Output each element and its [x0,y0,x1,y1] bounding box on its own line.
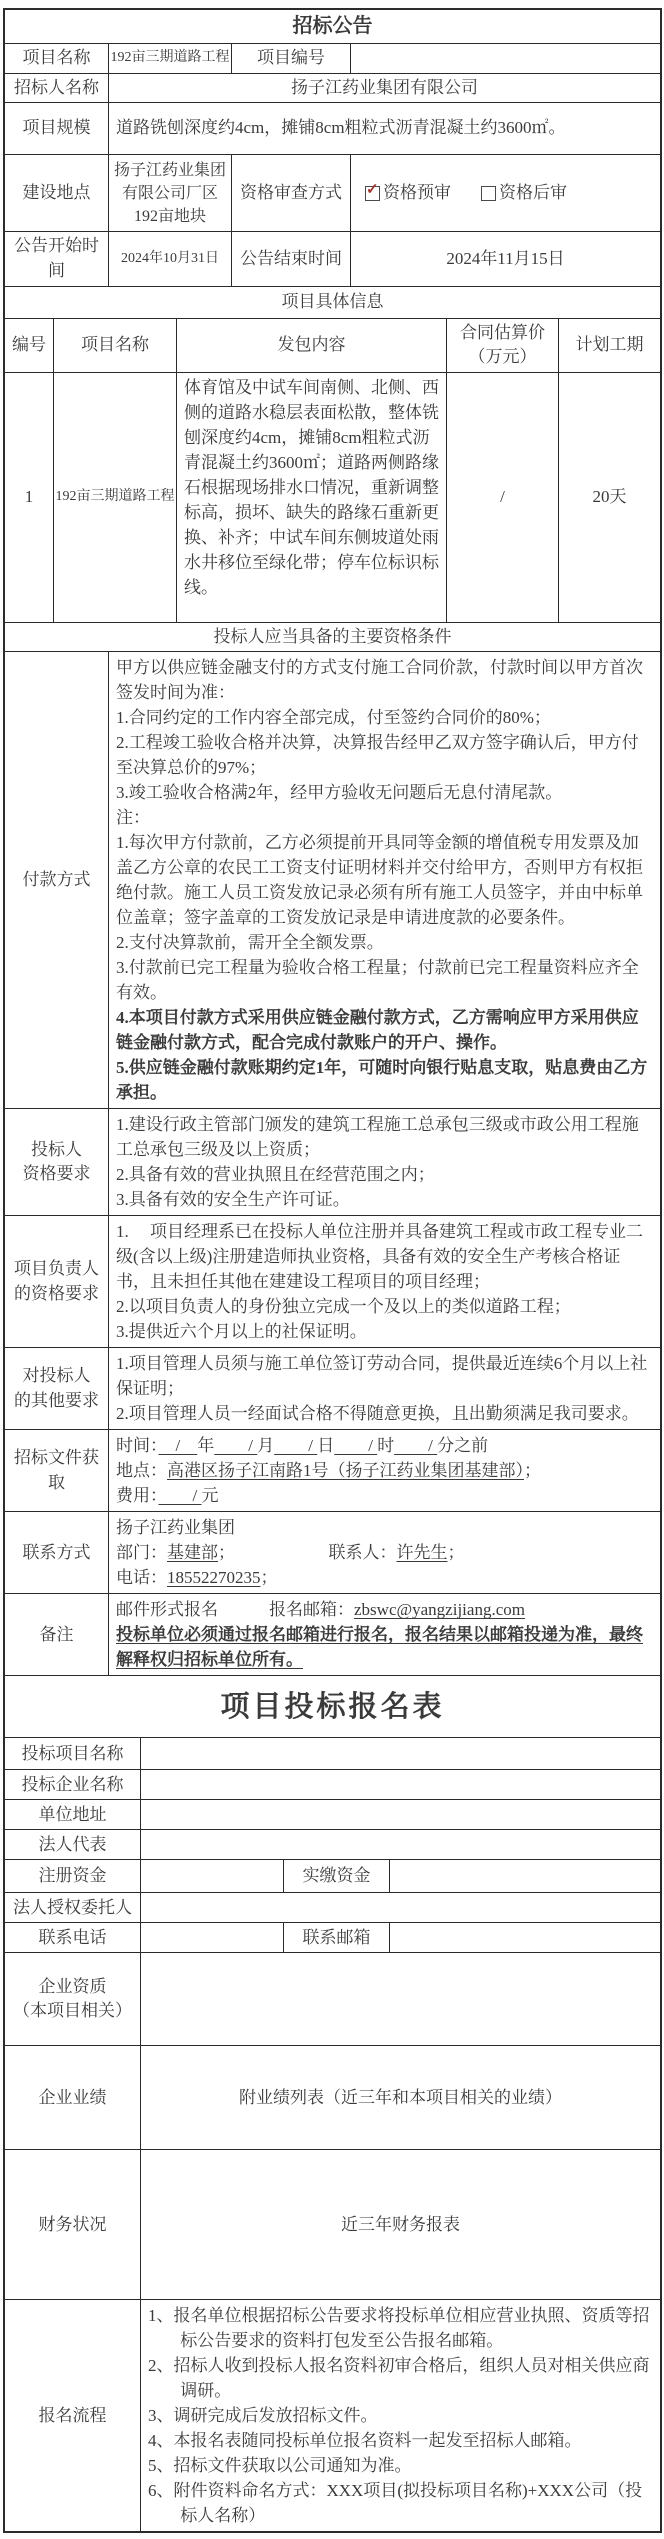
signup-performance-row: 企业业绩 附业绩列表（近三年和本项目相关的业绩） [5,2046,660,2150]
document-obtain-content: 时间： / 年 / 月 / 日 / 时 / 分之前地点：高港区扬子江南路1号（扬… [109,1430,660,1512]
postqualification-option: 资格后审 [481,181,567,206]
header-name: 项目名称 [54,319,177,373]
end-time-label: 公告结束时间 [232,232,351,286]
bid-announcement-document: 招标公告 项目名称 192亩三期道路工程 项目编号 招标人名称 扬子江药业集团有… [3,8,662,2533]
signup-address-row: 单位地址 [5,1800,660,1830]
document-obtain-row: 招标文件获取 时间： / 年 / 月 / 日 / 时 / 分之前地点：高港区扬子… [5,1430,660,1512]
signup-flow-label: 报名流程 [5,2300,141,2531]
location-row: 建设地点 扬子江药业集团有限公司厂区192亩地块 资格审查方式 ✓ 资格预审 资… [5,155,660,232]
tenderer-value: 扬子江药业集团有限公司 [109,74,660,104]
payment-label: 付款方式 [5,652,109,1109]
qualification-method-label: 资格审查方式 [232,155,351,232]
row-name: 192亩三期道路工程 [54,373,177,623]
other-requirements-label: 对投标人 的其他要求 [5,1348,109,1430]
scale-label: 项目规模 [5,103,109,155]
signup-legal-row: 法人代表 [5,1830,660,1860]
announcement-title: 招标公告 [5,10,660,44]
payment-content: 甲方以供应链金融支付的方式支付施工合同价款，付款时间以甲方首次签发时间为准：1.… [109,652,660,1109]
prequalification-checkbox: ✓ [365,186,380,201]
document-obtain-label: 招标文件获取 [5,1430,109,1512]
project-name-value: 192亩三期道路工程 [109,44,232,74]
signup-email-value [390,1923,660,1953]
signup-form-title: 项目投标报名表 [5,1676,660,1738]
signup-delegate-value [141,1893,660,1923]
signup-company-row: 投标企业名称 [5,1770,660,1800]
signup-finance-label: 财务状况 [5,2150,141,2300]
manager-qualification-label: 项目负责人 的资格要求 [5,1216,109,1348]
project-no-label: 项目编号 [232,44,351,74]
signup-address-label: 单位地址 [5,1800,141,1830]
bidder-qualification-content: 1.建设行政主管部门颁发的建筑工程施工总承包三级或市政公用工程施工总承包三级及以… [109,1109,660,1216]
location-label: 建设地点 [5,155,109,232]
signup-capital-row: 注册资金 实缴资金 [5,1860,660,1893]
signup-delegate-row: 法人授权委托人 [5,1893,660,1923]
details-data-row: 1 192亩三期道路工程 体育馆及中试车间南侧、北侧、西侧的道路水稳层表面松散，… [5,373,660,623]
project-no-value [351,44,660,74]
announcement-time-row: 公告开始时间 2024年10月31日 公告结束时间 2024年11月15日 [5,232,660,286]
signup-finance-value: 近三年财务报表 [141,2150,660,2300]
contact-content: 扬子江药业集团部门：基建部； 联系人：许先生；电话：18552270235； [109,1512,660,1594]
signup-company-label: 投标企业名称 [5,1770,141,1800]
signup-project-value [141,1738,660,1770]
header-duration: 计划工期 [559,319,660,373]
payment-row: 付款方式 甲方以供应链金融支付的方式支付施工合同价款，付款时间以甲方首次签发时间… [5,652,660,1109]
other-requirements-row: 对投标人 的其他要求 1.项目管理人员须与施工单位签订劳动合同，提供最近连续6个… [5,1348,660,1430]
manager-qualification-content: 1. 项目经理系已在投标人单位注册并具备建筑工程或市政工程专业二级(含以上级)注… [109,1216,660,1348]
signup-cert-row: 企业资质 （本项目相关） [5,1953,660,2046]
bidder-qualification-label: 投标人 资格要求 [5,1109,109,1216]
qualification-section-title: 投标人应当具备的主要资格条件 [5,623,660,653]
announcement-title-row: 招标公告 [5,10,660,44]
signup-delegate-label: 法人授权委托人 [5,1893,141,1923]
signup-address-value [141,1800,660,1830]
signup-project-row: 投标项目名称 [5,1738,660,1770]
signup-flow-row: 报名流程 1、报名单位根据招标公告要求将投标单位相应营业执照、资质等招标公告要求… [5,2300,660,2531]
postqualification-checkbox [481,186,496,201]
qualification-method-value: ✓ 资格预审 资格后审 [351,155,660,232]
details-header-row: 编号 项目名称 发包内容 合同估算价 （万元） 计划工期 [5,319,660,373]
signup-phone-value [141,1923,284,1953]
remark-row: 备注 邮件形式报名 报名邮箱：zbswc@yangzijiang.com投标单位… [5,1594,660,1676]
row-content: 体育馆及中试车间南侧、北侧、西侧的道路水稳层表面松散，整体铣刨深度约4cm，摊铺… [177,373,447,623]
signup-legal-value [141,1830,660,1860]
signup-paid-capital-label: 实缴资金 [284,1860,390,1893]
check-mark-icon: ✓ [366,183,379,198]
signup-company-value [141,1770,660,1800]
signup-paid-capital-value [390,1860,660,1893]
qualification-section-title-row: 投标人应当具备的主要资格条件 [5,623,660,653]
project-name-row: 项目名称 192亩三期道路工程 项目编号 [5,44,660,74]
row-price: / [447,373,559,623]
signup-cert-label: 企业资质 （本项目相关） [5,1953,141,2046]
contact-label: 联系方式 [5,1512,109,1594]
prequalification-option: ✓ 资格预审 [365,181,451,206]
location-value: 扬子江药业集团有限公司厂区192亩地块 [109,155,232,232]
scale-value: 道路铣刨深度约4cm，摊铺8cm粗粒式沥青混凝土约3600㎡。 [109,103,660,155]
tenderer-row: 招标人名称 扬子江药业集团有限公司 [5,74,660,104]
details-section-title: 项目具体信息 [5,287,660,319]
remark-content: 邮件形式报名 报名邮箱：zbswc@yangzijiang.com投标单位必须通… [109,1594,660,1676]
row-duration: 20天 [559,373,660,623]
signup-reg-capital-value [141,1860,284,1893]
signup-performance-value: 附业绩列表（近三年和本项目相关的业绩） [141,2046,660,2150]
signup-reg-capital-label: 注册资金 [5,1860,141,1893]
bidder-qualification-row: 投标人 资格要求 1.建设行政主管部门颁发的建筑工程施工总承包三级或市政公用工程… [5,1109,660,1216]
prequalification-label: 资格预审 [383,181,451,206]
signup-email-label: 联系邮箱 [284,1923,390,1953]
signup-project-label: 投标项目名称 [5,1738,141,1770]
postqualification-label: 资格后审 [499,181,567,206]
manager-qualification-row: 项目负责人 的资格要求 1. 项目经理系已在投标人单位注册并具备建筑工程或市政工… [5,1216,660,1348]
contact-row: 联系方式 扬子江药业集团部门：基建部； 联系人：许先生；电话：185522702… [5,1512,660,1594]
end-time-value: 2024年11月15日 [351,232,660,286]
signup-phone-row: 联系电话 联系邮箱 [5,1923,660,1953]
signup-phone-label: 联系电话 [5,1923,141,1953]
details-section-title-row: 项目具体信息 [5,287,660,319]
start-time-label: 公告开始时间 [5,232,109,286]
header-content: 发包内容 [177,319,447,373]
row-no: 1 [5,373,54,623]
remark-label: 备注 [5,1594,109,1676]
signup-cert-value [141,1953,660,2046]
header-no: 编号 [5,319,54,373]
signup-form-title-row: 项目投标报名表 [5,1676,660,1738]
signup-flow-content: 1、报名单位根据招标公告要求将投标单位相应营业执照、资质等招标公告要求的资料打包… [141,2300,660,2531]
signup-performance-label: 企业业绩 [5,2046,141,2150]
scale-row: 项目规模 道路铣刨深度约4cm，摊铺8cm粗粒式沥青混凝土约3600㎡。 [5,103,660,155]
signup-finance-row: 财务状况 近三年财务报表 [5,2150,660,2300]
tenderer-label: 招标人名称 [5,74,109,104]
signup-legal-label: 法人代表 [5,1830,141,1860]
project-name-label: 项目名称 [5,44,109,74]
other-requirements-content: 1.项目管理人员须与施工单位签订劳动合同，提供最近连续6个月以上社保证明；2.项… [109,1348,660,1430]
start-time-value: 2024年10月31日 [109,232,232,286]
header-price: 合同估算价 （万元） [447,319,559,373]
